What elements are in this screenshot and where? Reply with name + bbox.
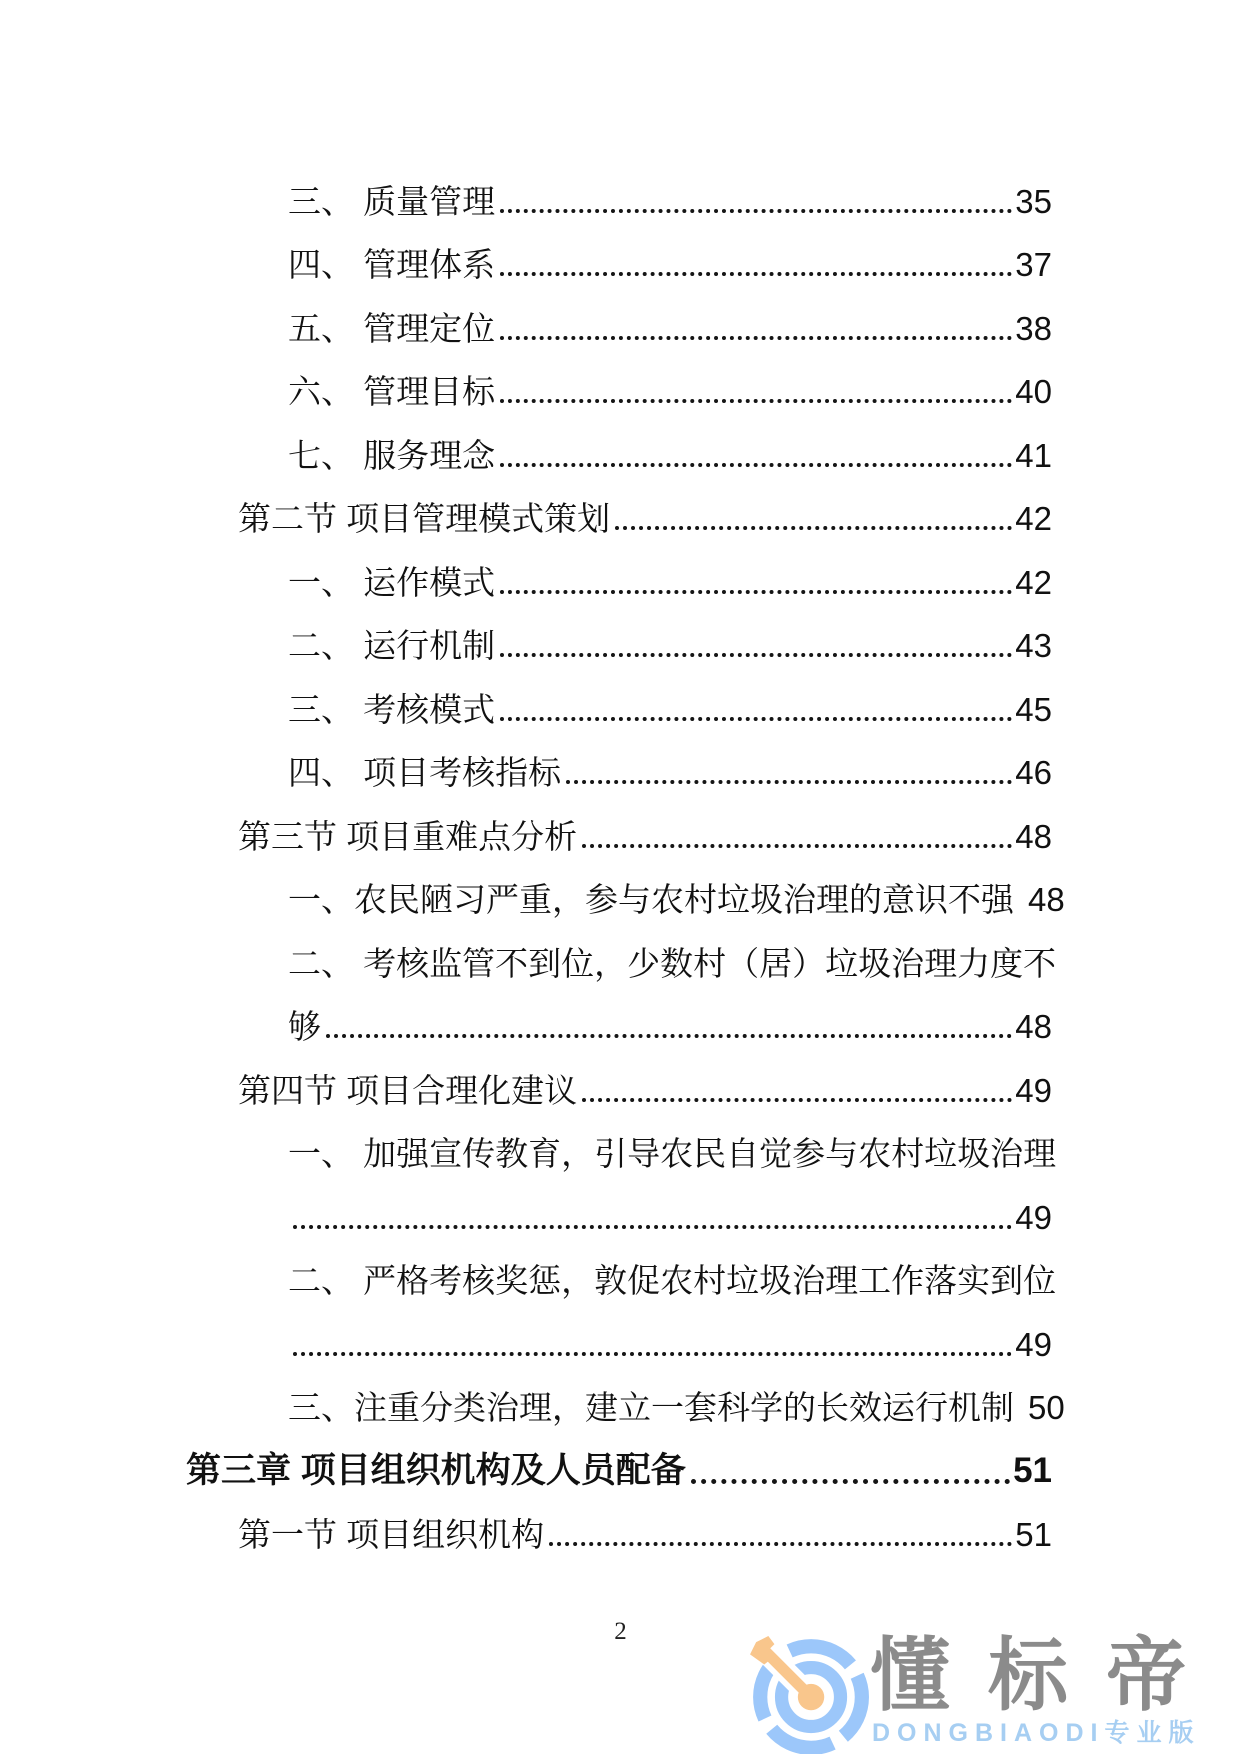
- toc-entry-title: 第三章 项目组织机构及人员配备: [186, 1453, 686, 1490]
- toc-entry-page: 38: [1015, 312, 1052, 347]
- toc-entry: 第三章 项目组织机构及人员配备51: [186, 1426, 1052, 1490]
- toc-entry-title: 二、 考核监管不到位，少数村（居）垃圾治理力度不: [288, 947, 1056, 982]
- toc-entry-page: 43: [1015, 629, 1052, 664]
- toc-entry-title: 五、 管理定位: [288, 312, 495, 347]
- dot-leader: [500, 399, 1012, 403]
- toc-entry-title: 二、 运行机制: [288, 629, 495, 664]
- brand-subtitle: DONGBIAODI专业版: [872, 1721, 1201, 1746]
- dot-leader: [500, 590, 1012, 594]
- dot-leader: [293, 1225, 1012, 1229]
- toc-entry-page: 50: [1028, 1391, 1065, 1426]
- toc-entry-page: 35: [1015, 185, 1052, 220]
- dot-leader: [293, 1352, 1012, 1356]
- toc-entry-page: 51: [1013, 1453, 1052, 1490]
- toc-entry: 第二节 项目管理模式策划42: [186, 474, 1052, 538]
- dot-leader: [500, 463, 1012, 467]
- toc-entry-page: 49: [1015, 1074, 1052, 1109]
- toc-entry-page: 41: [1015, 439, 1052, 474]
- toc-entry-title: 三、注重分类治理，建立一套科学的长效运行机制: [288, 1391, 1014, 1426]
- toc-entry-page: 45: [1015, 693, 1052, 728]
- dot-leader: [615, 526, 1012, 530]
- toc-entry-title: 二、 严格考核奖惩，敦促农村垃圾治理工作落实到位: [288, 1264, 1056, 1299]
- toc-entry: 六、 管理目标40: [186, 347, 1052, 411]
- toc-entry: 第四节 项目合理化建议49: [186, 1045, 1052, 1109]
- toc-entry-title: 第一节 项目组织机构: [238, 1518, 544, 1553]
- toc-entry: 第一节 项目组织机构51: [186, 1490, 1052, 1554]
- dot-leader: [691, 1479, 1010, 1484]
- toc-entry-title: 一、农民陋习严重，参与农村垃圾治理的意识不强: [288, 883, 1014, 918]
- toc-entry-page: 42: [1015, 502, 1052, 537]
- dot-leader: [582, 1098, 1012, 1102]
- toc-entry-title: 三、 考核模式: [288, 693, 495, 728]
- document-page: 三、 质量管理35四、 管理体系37五、 管理定位38六、 管理目标40七、 服…: [0, 0, 1241, 1754]
- toc-entry: 二、 运行机制43: [186, 601, 1052, 665]
- toc-entry: 一、农民陋习严重，参与农村垃圾治理的意识不强48: [186, 855, 1052, 919]
- toc-entry-page: 37: [1015, 248, 1052, 283]
- toc-entry: 一、 加强宣传教育，引导农民自觉参与农村垃圾治理: [186, 1109, 1052, 1173]
- toc-entry: 二、 考核监管不到位，少数村（居）垃圾治理力度不: [186, 918, 1052, 982]
- toc-entry-page: 40: [1015, 375, 1052, 410]
- toc-entry-title: 一、 运作模式: [288, 566, 495, 601]
- dot-leader: [566, 780, 1012, 784]
- toc-entry-page: 48: [1015, 820, 1052, 855]
- toc-entry-page: 42: [1015, 566, 1052, 601]
- toc-entry-page: 51: [1015, 1518, 1052, 1553]
- toc-entry-page: 46: [1015, 756, 1052, 791]
- toc-entry-page: 49: [1015, 1201, 1052, 1236]
- toc-entry-title: 够: [288, 1010, 321, 1045]
- toc-entry-page: 48: [1028, 883, 1065, 918]
- toc-entry-title: 七、 服务理念: [288, 439, 495, 474]
- target-dart-icon: [748, 1634, 870, 1754]
- toc-entry: 够48: [186, 982, 1052, 1046]
- dot-leader: [500, 717, 1012, 721]
- toc-entry: 七、 服务理念41: [186, 410, 1052, 474]
- brand-name: 懂标帝: [870, 1636, 1224, 1716]
- dot-leader: [500, 272, 1012, 276]
- toc-entry: 三、 考核模式45: [186, 664, 1052, 728]
- toc-entry-page: 48: [1015, 1010, 1052, 1045]
- toc-entry: 49: [186, 1299, 1052, 1363]
- toc-entry-title: 第三节 项目重难点分析: [238, 820, 577, 855]
- toc-entry: 四、 项目考核指标46: [186, 728, 1052, 792]
- toc-entry: 二、 严格考核奖惩，敦促农村垃圾治理工作落实到位: [186, 1236, 1052, 1300]
- toc-entry-title: 第二节 项目管理模式策划: [238, 502, 610, 537]
- toc-entry-title: 三、 质量管理: [288, 185, 495, 220]
- dot-leader: [326, 1034, 1012, 1038]
- toc-entry: 一、 运作模式42: [186, 537, 1052, 601]
- dot-leader: [582, 844, 1012, 848]
- toc-entry-title: 第四节 项目合理化建议: [238, 1074, 577, 1109]
- dot-leader: [500, 209, 1012, 213]
- dot-leader: [549, 1542, 1012, 1546]
- toc-entry: 三、注重分类治理，建立一套科学的长效运行机制50: [186, 1363, 1052, 1427]
- toc-entry-title: 六、 管理目标: [288, 375, 495, 410]
- toc-entry-title: 四、 管理体系: [288, 248, 495, 283]
- toc-entry-title: 一、 加强宣传教育，引导农民自觉参与农村垃圾治理: [288, 1137, 1056, 1172]
- toc-entry-title: 四、 项目考核指标: [288, 756, 561, 791]
- toc-entry-page: 49: [1015, 1328, 1052, 1363]
- toc-entry: 49: [186, 1172, 1052, 1236]
- toc-entry: 四、 管理体系37: [186, 220, 1052, 284]
- table-of-contents: 三、 质量管理35四、 管理体系37五、 管理定位38六、 管理目标40七、 服…: [186, 156, 1052, 1553]
- toc-entry: 五、 管理定位38: [186, 283, 1052, 347]
- dot-leader: [500, 653, 1012, 657]
- toc-entry: 第三节 项目重难点分析48: [186, 791, 1052, 855]
- dot-leader: [500, 336, 1012, 340]
- watermark: 懂标帝 DONGBIAODI专业版: [748, 1634, 1241, 1754]
- toc-entry: 三、 质量管理35: [186, 156, 1052, 220]
